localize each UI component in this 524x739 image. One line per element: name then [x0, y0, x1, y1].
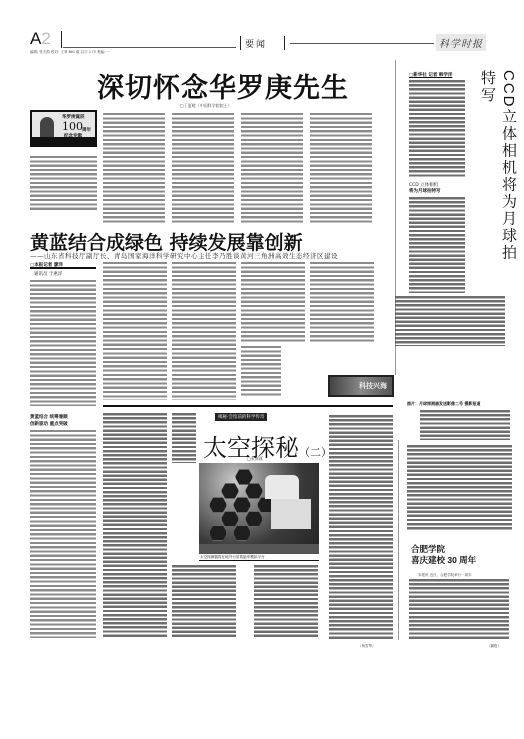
section-divider-left: [240, 36, 241, 50]
feature-column-3: [254, 565, 318, 638]
school-article-title-2[interactable]: 喜庆建校 30 周年: [411, 554, 476, 566]
feature-byline: □张海燕: [247, 456, 263, 462]
second-article-column-5: [310, 262, 374, 342]
sidebar-column-1: [409, 80, 465, 178]
sidebar-column-2: [409, 197, 465, 293]
second-article-column-1b: [30, 430, 96, 638]
school-divider: [398, 440, 399, 640]
page-meta: 编辑: 张天蔚 校对: 王菲 BIG 版 以字 1 印 美编: 一: [30, 49, 110, 54]
sidebar-column-3: [395, 296, 505, 346]
footer-credit-2: （翼报）: [487, 644, 501, 649]
photo-label-unit: 周年: [82, 127, 91, 133]
lead-article-column-1: [30, 156, 97, 212]
second-article-column-1: [30, 280, 96, 406]
lead-article-title[interactable]: 深切怀念华罗庚先生: [97, 66, 349, 105]
feature-column-4: [329, 415, 393, 640]
second-article-column-4b: [241, 346, 281, 396]
second-article-sub-byline: 通讯员 于惠洋: [34, 271, 62, 277]
feature-column-1: [103, 413, 167, 638]
section-divider-right: [284, 36, 285, 50]
lead-article-column-2: [103, 113, 165, 223]
lead-article-byline: □丁夏畦（中国科学院院士）: [180, 103, 232, 109]
byline-rule: [30, 267, 96, 269]
header-divider: [61, 31, 62, 48]
photo-label-number: 100: [62, 120, 83, 133]
feature-top-rule: [103, 405, 393, 407]
second-article-subtitle: ——山东省科技厅副厅长、青岛国家海洋科学研究中心主任李乃胜谈黄河三角洲高效生态经…: [30, 251, 338, 260]
header-rule-left: [63, 47, 236, 48]
page-number: A2: [30, 30, 51, 47]
page-digit: 2: [41, 29, 50, 48]
sidebar-subhead-2: 将为月球拍特写: [409, 188, 441, 194]
mid-head-2: 创新驱动 重点突破: [30, 421, 68, 427]
lander-base-icon: [271, 499, 311, 529]
right-column-upper: [407, 445, 512, 530]
feature-title[interactable]: 太空探秘（二）: [203, 428, 332, 463]
lander-body-icon: [265, 475, 299, 499]
tech-ocean-banner[interactable]: 科技兴海: [328, 375, 394, 397]
school-article-body: [409, 579, 509, 639]
space-lander-photo[interactable]: [199, 463, 319, 554]
school-article-byline: 本报讯 近日，合肥学院举行一周年: [418, 573, 472, 578]
header-rule-right: [290, 43, 434, 44]
feature-column-1b: [172, 413, 196, 463]
portrait-silhouette-icon: [40, 117, 54, 139]
masthead-logo: 科学时报: [436, 34, 486, 51]
sidebar-kicker: □新华社 记者 韩学洋: [409, 72, 452, 78]
feature-title-suffix: （二）: [299, 446, 332, 459]
anniversary-photo-box: 华罗庚诞辰 100 周年 纪念专辑: [30, 110, 97, 147]
sidebar-column-4: [420, 410, 510, 440]
second-article-column-4: [241, 262, 305, 342]
second-article-column-3: [172, 262, 236, 400]
caption-rule: [199, 560, 319, 561]
banner-label: 科技兴海: [359, 381, 387, 391]
section-label: 要闻: [245, 37, 267, 50]
mid-head-1: 黄蓝结合 统筹兼顾: [30, 414, 68, 420]
feature-column-2: [172, 565, 236, 638]
sidebar-article-title[interactable]: CCD立体相机将为月球拍特写: [477, 70, 519, 270]
feature-tag: 揭秘·会馆前的科学传奇: [215, 413, 267, 421]
page-letter: A: [30, 29, 41, 48]
lead-article-column-3: [172, 113, 234, 223]
lead-article-column-5: [310, 113, 372, 223]
footer-credit-1: （杨雪琴）: [358, 644, 376, 649]
photo-ground: [199, 544, 319, 554]
lead-article-column-4: [241, 113, 303, 223]
second-article-column-2: [103, 262, 167, 400]
photo-box-bar: [32, 137, 95, 145]
sidebar-caption: 图片：月球探测器发送影像二号 摄影报道: [407, 401, 480, 407]
